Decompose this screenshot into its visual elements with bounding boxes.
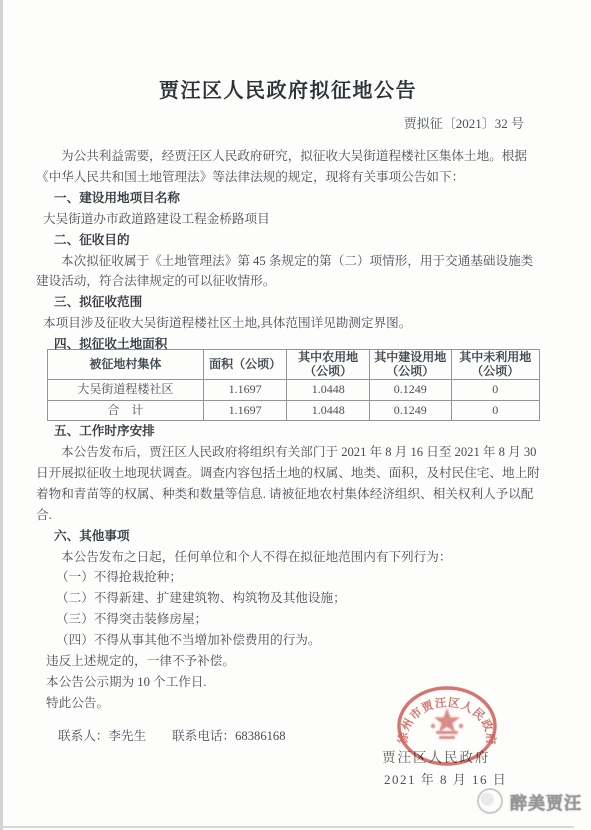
cell-total-unused: 0: [451, 400, 539, 421]
section-6-heading: 六、其他事项: [36, 526, 540, 547]
prohibited-item-2: （二）不得新建、扩建建筑物、构筑物及其他设施；: [36, 588, 540, 609]
section-5-heading: 五、工作时序安排: [36, 421, 540, 442]
table-header-construction: 其中建设用地（公顷）: [369, 350, 451, 380]
land-area-table: 被征地村集体 面积（公顷） 其中农用地（公顷） 其中建设用地（公顷） 其中未利用…: [47, 349, 540, 421]
cell-unused: 0: [451, 380, 539, 401]
cell-construction: 0.1249: [369, 380, 451, 401]
contact-phone: 联系电话：68386168: [172, 729, 285, 743]
section-5-line-4: 合.: [36, 505, 540, 526]
prohibited-item-4: （四）不得从事其他不当增加补偿费用的行为。: [36, 630, 540, 651]
intro-paragraph: 为公共利益需要，经贾汪区人民政府研究，拟征收大吴街道程楼社区集体土地。根据 《中…: [36, 146, 540, 188]
section-3-body: 本项目涉及征收大吴街道程楼社区土地,具体范围详见勘测定界图。: [36, 313, 540, 334]
table-row-total: 合 计 1.1697 1.0448 0.1249 0: [48, 400, 540, 421]
section-3-heading: 三、拟征收范围: [36, 292, 540, 313]
section-2-line-2: 建设活动，符合法律规定的可以征收情形。: [36, 271, 540, 292]
table-header-area: 面积（公顷）: [203, 350, 287, 380]
section-6-intro: 本公告发布之日起，任何单位和个人不得在拟征地范围内有下列行为：: [36, 547, 540, 568]
cell-collective: 大吴街道程楼社区: [48, 380, 204, 401]
section-5-line-3: 着物和青苗等的权属、种类和数量等信息. 请被征地农村集体经济组织、相关权利人予以…: [36, 484, 540, 505]
table-row: 大吴街道程楼社区 1.1697 1.0448 0.1249 0: [48, 380, 540, 401]
contact-person: 联系人：李先生: [58, 729, 146, 743]
seal-emblem-icon: [431, 708, 463, 739]
section-5-line-1: 本公告发布后，贾汪区人民政府将组织有关部门于 2021 年 8 月 16 日至 …: [36, 442, 540, 463]
table-header-unused: 其中未利用地（公顷）: [451, 350, 539, 380]
violation-note: 违反上述规定的，一律不予补偿。: [36, 651, 540, 672]
document-body: 贾汪区人民政府拟征地公告 贾拟征〔2021〕32 号 为公共利益需要，经贾汪区人…: [36, 76, 540, 747]
cell-total-label: 合 计: [48, 400, 204, 421]
scanned-document-page: 贾汪区人民政府拟征地公告 贾拟征〔2021〕32 号 为公共利益需要，经贾汪区人…: [0, 0, 591, 830]
watermark-text: 醉美贾汪: [510, 789, 582, 814]
section-2-heading: 二、征收目的: [36, 230, 540, 251]
section-1-heading: 一、建设用地项目名称: [36, 188, 540, 209]
intro-line-1: 为公共利益需要，经贾汪区人民政府研究，拟征收大吴街道程楼社区集体土地。根据: [36, 146, 540, 167]
document-number: 贾拟征〔2021〕32 号: [36, 114, 540, 134]
cell-total-construction: 0.1249: [369, 400, 451, 421]
prohibited-item-1: （一）不得抢栽抢种；: [36, 567, 540, 588]
page-title: 贾汪区人民政府拟征地公告: [36, 76, 540, 106]
watermark: 醉美贾汪: [477, 788, 582, 814]
section-1-body: 大吴街道办市政道路建设工程金桥路项目: [36, 209, 540, 230]
intro-line-2: 《中华人民共和国土地管理法》等法律法规的规定，现将有关事项公告如下：: [36, 167, 540, 188]
watermark-logo-icon: [477, 788, 503, 814]
table-header-farmland: 其中农用地（公顷）: [287, 350, 370, 380]
section-2-line-1: 本次拟征收属于《土地管理法》第 45 条规定的第（二）项情形，用于交通基础设施类: [36, 251, 540, 272]
signature-date: 2021 年 8 月 16 日: [384, 769, 507, 788]
scan-bottom-edge: [0, 826, 574, 828]
government-seal-icon: 徐州市贾汪区人民政府: [394, 684, 500, 770]
cell-farmland: 1.0448: [287, 380, 370, 401]
cell-total-area: 1.1697: [203, 400, 287, 421]
section-5-line-2: 日开展拟征收土地现状调查。调查内容包括土地的权属、地类、面积，及村民住宅、地上附: [36, 463, 540, 484]
cell-total-farmland: 1.0448: [287, 400, 370, 421]
cell-area: 1.1697: [203, 380, 287, 401]
prohibited-item-3: （三）不得突击装修房屋；: [36, 609, 540, 630]
scan-left-edge: [0, 0, 3, 830]
